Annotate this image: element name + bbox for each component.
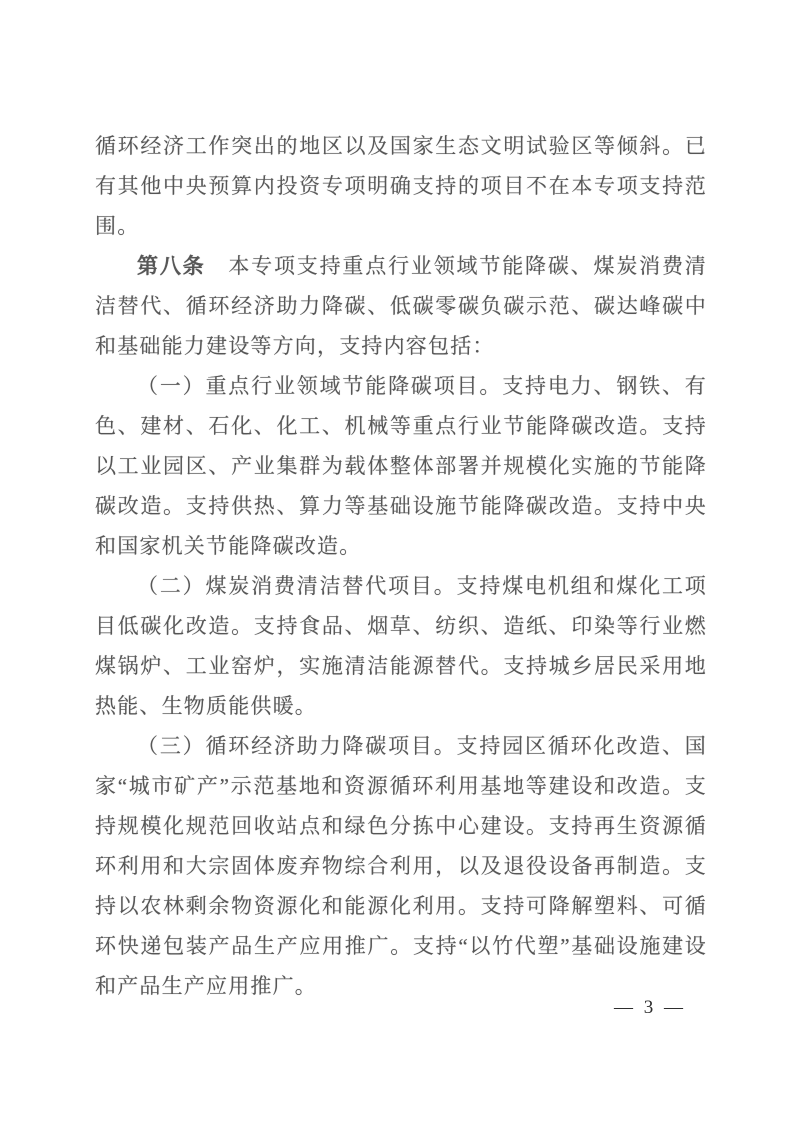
document-page: 循环经济工作突出的地区以及国家生态文明试验区等倾斜。已有其他中央预算内投资专项明… xyxy=(0,0,794,1123)
document-body: 循环经济工作突出的地区以及国家生态文明试验区等倾斜。已有其他中央预算内投资专项明… xyxy=(95,126,707,1006)
page-number: — 3 — xyxy=(560,997,740,1019)
paragraph-item-3: （三）循环经济助力降碳项目。支持园区循环化改造、国家“城市矿产”示范基地和资源循… xyxy=(95,726,707,1006)
paragraph-item-1: （一）重点行业领域节能降碳项目。支持电力、钢铁、有色、建材、石化、化工、机械等重… xyxy=(95,366,707,566)
paragraph-item-2: （二）煤炭消费清洁替代项目。支持煤电机组和煤化工项目低碳化改造。支持食品、烟草、… xyxy=(95,566,707,726)
article-number: 第八条 xyxy=(137,254,228,278)
paragraph-article-8: 第八条 本专项支持重点行业领域节能降碳、煤炭消费清洁替代、循环经济助力降碳、低碳… xyxy=(95,246,707,366)
paragraph-continuation: 循环经济工作突出的地区以及国家生态文明试验区等倾斜。已有其他中央预算内投资专项明… xyxy=(95,126,707,246)
